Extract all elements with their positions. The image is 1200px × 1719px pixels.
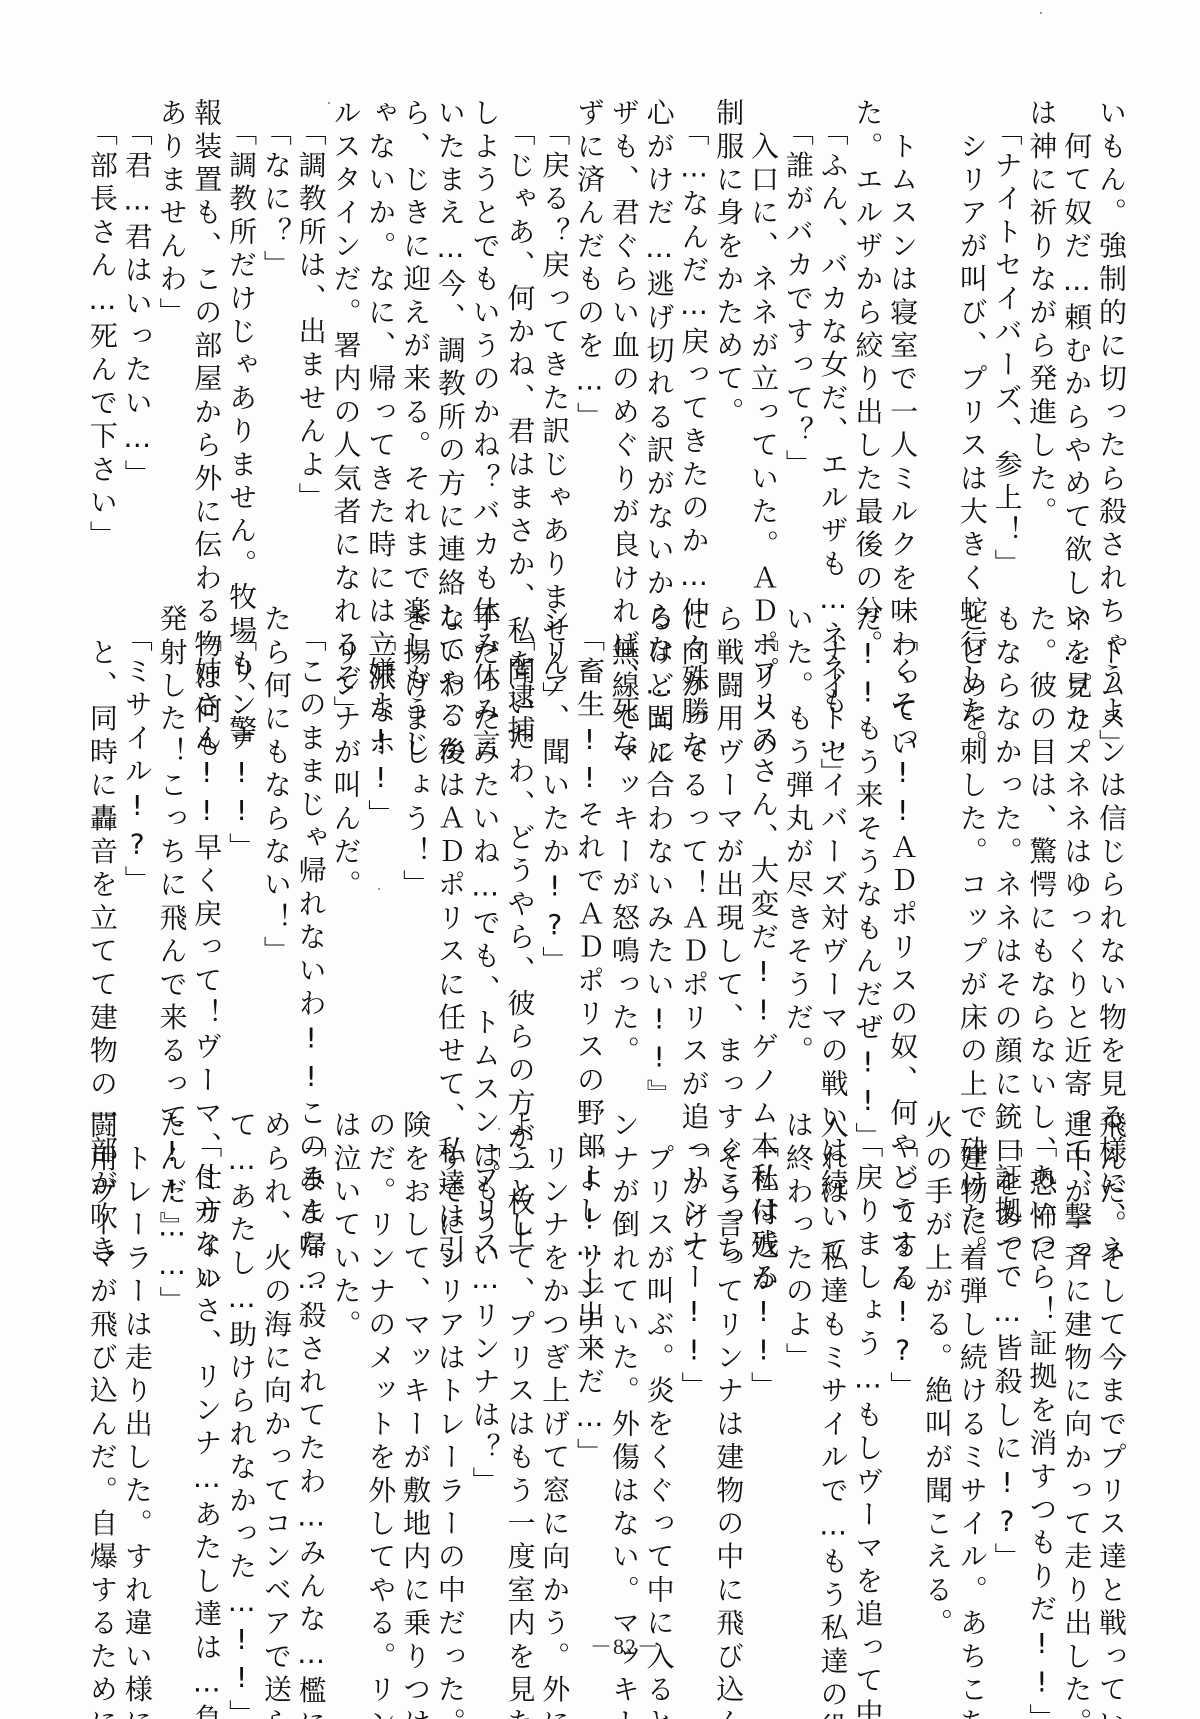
text-column: 「あいつら！証拠を消すつもりだ!!」 <box>1024 1110 1059 1580</box>
text-column: だ!!もう来そうなもんだぜ!!」 <box>850 604 885 1074</box>
text-column: 「調教所は、出ませんよ」 <box>293 98 328 568</box>
text-column: 「嫌よ!!」 <box>362 604 397 1074</box>
text-column: ザも、君ぐらい血のめぐりが良ければ、死な <box>606 98 641 568</box>
text-column: ありませんわ」 <box>154 98 189 568</box>
text-column: 「私は残る!!」 <box>745 1110 780 1580</box>
text-column: ら戦闘用ヴーマが出現して、まっすぐこっち <box>710 604 745 1074</box>
text-column: リンナが叫んだ。 <box>328 604 363 1074</box>
scanned-book-page: いもん。強制的に切ったら殺されちゃうよ」 何て奴だ…頼むからやめて欲しい…プリス… <box>0 0 1200 1719</box>
text-column: ゃないか。なに、帰ってきた時には立派なホ <box>362 98 397 568</box>
text-column: ずに済んだものを…」 <box>571 98 606 568</box>
text-column: 火の手が上がる。絶叫が聞こえる。 <box>919 1110 954 1580</box>
text-column: 『姉さん!!早く戻って！ヴーマ、ミサイル <box>188 604 223 1074</box>
text-tier-middle: トムスンは信じられない物を見る様に、ネ ネを見た。ネネはゆっくりと近寄って、撃っ… <box>68 604 1128 1074</box>
text-column: すでにシリアはトレーラーの中だった。危 <box>432 1110 467 1580</box>
text-column: 「仕方ないさ、リンナ…あたし達は…負け <box>188 1110 223 1580</box>
text-column: トレーラーは走り出した。すれ違い様に戦 <box>119 1110 154 1580</box>
text-column: 険をおして、マッキーが敷地内に乗りつけた <box>397 1110 432 1580</box>
text-column: 「このままじゃ帰れないわ!!このまま帰っ <box>293 604 328 1074</box>
text-column: のだ。リンナのメットを外してやる。リンナ <box>362 1110 397 1580</box>
text-column: き揚げましょう！」 <box>397 604 432 1074</box>
text-column: ようとして、プリスはもう一度室内を見た。 <box>502 1110 537 1580</box>
text-column: 「畜生!!それでＡＤポリスの野郎!!リンナ、 <box>571 604 606 1074</box>
text-column: 「戻る？戻ってきた訳じゃありません」 <box>536 98 571 568</box>
text-column: 「じゃあ、何かね、君はまさか、私を逮捕 <box>502 98 537 568</box>
text-column: 「ミサイル!?」 <box>119 604 154 1074</box>
text-column: て…あたし…助けられなかった…!!」 <box>223 1110 258 1580</box>
scan-speck <box>378 888 380 890</box>
text-column: 「証拠って…皆殺しに!?」 <box>989 1110 1024 1580</box>
text-column: リンナをかつぎ上げて窓に向かう。外に出 <box>536 1110 571 1580</box>
text-column: いた。もう弾丸が尽きそうだ。 <box>780 604 815 1074</box>
text-column: と、同時に轟音を立てて建物の一部が吹き <box>84 604 119 1074</box>
text-column: そう言ってリンナは建物の中に飛び込んだ。 <box>710 1110 745 1580</box>
text-column: 「調教所だけじゃありません。牧場も、警 <box>223 98 258 568</box>
scan-speck <box>1040 12 1042 14</box>
text-column: 連中が一斉に建物に向かって走り出した。 <box>1058 1110 1093 1580</box>
text-column: るけど間に合わないみたい!!』 <box>641 604 676 1074</box>
text-column: 「ナイトセイバーズ、参上！」 <box>989 98 1024 568</box>
text-column: 「誰がバカですって？」 <box>780 98 815 568</box>
text-column: シリアが叫び、プリスは大きく蛇行した。 <box>954 98 989 568</box>
text-column: 入れば、私達もミサイルで…もう私達の役目 <box>815 1110 850 1580</box>
text-column: 「よし…上出来だ…」 <box>571 1110 606 1580</box>
text-column: もならなかった。ネネはその顔に銃口をあて、 <box>989 604 1024 1074</box>
text-column: 「リンナー!!」 <box>676 1110 711 1580</box>
text-column: 「どうする!?」 <box>884 1110 919 1580</box>
text-column: 建物に着弾し続けるミサイル。あちこちで <box>954 1110 989 1580</box>
text-column: 「部長さん…死んで下さい」 <box>84 98 119 568</box>
text-column: 発射した！こっちに飛んで来るって!!』 <box>154 604 189 1074</box>
text-column: 心がけだ…逃げ切れる訳がないからな…エル <box>641 98 676 568</box>
text-column: ンナが倒れていた。外傷はない。マッキーだ。 <box>606 1110 641 1580</box>
text-column: 「戻りましょう…もしヴーマを追って中に <box>850 1110 885 1580</box>
text-column: トムスンは寝室で一人ミルクを味わってい <box>884 98 919 568</box>
text-column: トムスンは信じられない物を見る様に、ネ <box>1093 604 1128 1074</box>
page-number: －82－ <box>590 1630 660 1661</box>
text-column: しようとでもいうのかね？バカも休み休み言 <box>467 98 502 568</box>
text-column: は神に祈りながら発進した。 <box>1024 98 1059 568</box>
text-column: ルスタインだ。署内の人気者になれるぞ」 <box>328 98 363 568</box>
text-column: 手だったみたいね…でも、トムスンはもうい <box>467 604 502 1074</box>
text-column: とどめを刺した。コップが床の上で砕けた。 <box>954 604 989 1074</box>
text-column: たら何にもならない！」 <box>258 604 293 1074</box>
text-column: 「プリス…リンナは？」 <box>467 1110 502 1580</box>
text-column: ネを見た。ネネはゆっくりと近寄って、撃っ <box>1058 604 1093 1074</box>
text-column: シリア、聞いたか!?」 <box>536 604 571 1074</box>
text-column: たんだ……」 <box>154 1110 189 1580</box>
text-column: ナイトセイバーズ対ヴーマの戦いは続いて <box>815 604 850 1074</box>
text-column: ら、じきに迎えが来る。それまで楽しもうじ <box>397 98 432 568</box>
text-column: 「ふん、バカな女だ、エルザも…ネネも…」 <box>815 98 850 568</box>
text-column: た。彼の目は、驚愕にもならないし、恐怖に <box>1024 604 1059 1074</box>
text-column: 何て奴だ…頼むからやめて欲しい…プリス <box>1058 98 1093 568</box>
text-column: 「君…君はいったい…」 <box>119 98 154 568</box>
text-column: 「なに？」 <box>258 98 293 568</box>
text-column: められ、火の海に向かってコンベアで送られ <box>258 1110 293 1580</box>
text-column: 「みんな…殺されてたわ…みんな…檻につ <box>293 1110 328 1580</box>
text-tier-bottom: 飛んだ。そして今までプリス達と戦っていた 連中が一斉に建物に向かって走り出した。… <box>68 1110 1128 1580</box>
text-column: 飛んだ。そして今までプリス達と戦っていた <box>1093 1110 1128 1580</box>
text-column: に向かってるって！ＡＤポリスが追っかけて <box>676 604 711 1074</box>
text-column: 入口に、ネネが立っていた。ＡＤポリスの <box>745 98 780 568</box>
text-column: 「…なんだ…戻ってきたのか…仲々殊勝な <box>676 98 711 568</box>
scan-speck <box>328 102 330 104</box>
text-column: 「聞いたわ、どうやら、彼らの方が一枚上 <box>502 604 537 1074</box>
text-column: 報装置も、この部屋から外に伝わる物は何も <box>188 98 223 568</box>
text-column: いたまえ…今、調教所の方に連絡してやるか <box>432 98 467 568</box>
text-column: 制服に身をかためて。 <box>710 98 745 568</box>
text-column: 闘用ヴーマが飛び込んだ。自爆するために。 <box>84 1110 119 1580</box>
text-column: 「リンナ!!」 <box>223 604 258 1074</box>
text-column: 「くそっ!!ＡＤポリスの奴、何やってるん <box>884 604 919 1074</box>
text-column: ないわ、後はＡＤポリスに任せて、私達は引 <box>432 604 467 1074</box>
text-column: は終わったのよ」 <box>780 1110 815 1580</box>
text-column: は泣いていた。 <box>328 1110 363 1580</box>
text-column: 無線でマッキーが怒鳴った。 <box>606 604 641 1074</box>
text-column: プリスが叫ぶ。炎をくぐって中に入るとリ <box>641 1110 676 1580</box>
text-tier-top: いもん。強制的に切ったら殺されちゃうよ」 何て奴だ…頼むからやめて欲しい…プリス… <box>68 98 1128 568</box>
text-column: いもん。強制的に切ったら殺されちゃうよ」 <box>1093 98 1128 568</box>
scan-speck <box>498 1128 500 1130</box>
text-column: た。エルザから絞り出した最後の分。 <box>850 98 885 568</box>
text-column: 『プリスさん、大変だ!!ゲノム本社付近か <box>745 604 780 1074</box>
